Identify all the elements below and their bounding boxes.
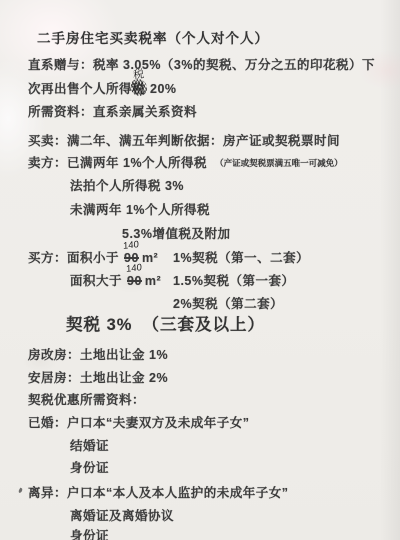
seller-over2y-text: 已满两年 1%个人所得税: [67, 156, 207, 170]
line-gift-tax: 直系赠与：税率 3.05%（3%的契税、万分之五的印花税）下: [28, 55, 375, 73]
seller-label: 卖方：: [28, 156, 67, 170]
small-area-pre: 面积小于: [67, 251, 119, 265]
large-area-old-value: 90: [127, 274, 142, 288]
scribbled-correction: 税税: [132, 79, 145, 97]
line-divorced-id-card: 身份证: [70, 526, 109, 540]
resale-text-post: 20%: [150, 82, 177, 96]
trade-label: 买卖：: [28, 134, 67, 148]
trade-text: 满二年、满五年判断依据：房产证或契税票时间: [67, 134, 340, 148]
line-buyer-large-area: 面积大于90140m² 1.5%契税（第一套）: [70, 271, 161, 289]
seller-exemption-note: （产证或契税票满五唯一可减免）: [215, 158, 343, 168]
line-tax-second-home: 2%契税（第二套）: [173, 294, 283, 312]
line-required-docs: 所需资料：直系亲属关系资料: [28, 102, 197, 120]
divorced-hukou-text: 户口本“本人及本人监护的未成年子女”: [67, 486, 289, 500]
comfort-label: 安居房：: [28, 371, 80, 385]
large-area-handwritten-value: 140: [126, 262, 142, 275]
line-deed-docs-header: 契税优惠所需资料：: [28, 390, 145, 408]
comfort-text: 土地出让金 2%: [80, 371, 168, 385]
line-divorced-hukou: 离异：户口本“本人及本人监护的未成年子女”: [28, 483, 289, 501]
three-plus-note: （三套及以上）: [142, 316, 265, 334]
handwritten-char: 税: [133, 65, 145, 83]
docs-text: 直系亲属关系资料: [93, 105, 197, 119]
line-resale-income-tax: 次再出售个人所得税税20%: [28, 79, 177, 97]
line-divorce-cert: 离婚证及离婚协议: [70, 506, 174, 524]
line-married-id-card: 身份证: [70, 458, 109, 476]
resale-text-pre: 次再出售个人所得: [28, 82, 132, 96]
married-label: 已婚：: [28, 416, 67, 430]
gift-label: 直系赠与：: [28, 58, 93, 72]
small-area-unit: m²: [142, 251, 158, 265]
large-area-pre: 面积大于: [70, 274, 122, 288]
document-page: 二手房住宅买卖税率（个人对个人） 直系赠与：税率 3.05%（3%的契税、万分之…: [0, 0, 400, 540]
line-reform-housing: 房改房：土地出让金 1%: [28, 345, 168, 363]
page-title: 二手房住宅买卖税率（个人对个人）: [37, 27, 269, 47]
small-area-handwritten-value: 140: [123, 239, 139, 252]
line-trade-basis: 买卖：满二年、满五年判断依据：房产证或契税票时间: [28, 131, 340, 149]
three-plus-rate: 契税 3%: [66, 316, 132, 334]
small-area-tax: 1%契税（第一、二套）: [173, 248, 309, 266]
line-seller-under-two-years: 未满两年 1%个人所得税: [70, 200, 210, 218]
reform-text: 土地出让金 1%: [80, 348, 168, 362]
divorced-label: 离异：: [28, 486, 67, 500]
line-seller-auction: 法拍个人所得税 3%: [70, 176, 184, 194]
line-married-hukou: 已婚：户口本“夫妻双方及未成年子女”: [28, 413, 250, 431]
line-marriage-cert: 结婚证: [70, 436, 109, 454]
large-area-unit: m²: [145, 274, 161, 288]
docs-label: 所需资料：: [28, 105, 93, 119]
line-comfort-housing: 安居房：土地出让金 2%: [28, 368, 168, 386]
stray-ink-mark: [18, 488, 23, 494]
reform-label: 房改房：: [28, 348, 80, 362]
buyer-label: 买方：: [28, 251, 67, 265]
married-hukou-text: 户口本“夫妻双方及未成年子女”: [67, 416, 250, 430]
large-area-tax-first: 1.5%契税（第一套）: [173, 271, 295, 289]
line-seller-over-two-years: 卖方：已满两年 1%个人所得税（产证或契税票满五唯一可减免）: [28, 153, 343, 171]
line-deed-tax-three-plus: 契税 3%（三套及以上）: [66, 311, 265, 335]
large-area-amendment: 90140: [127, 274, 142, 288]
